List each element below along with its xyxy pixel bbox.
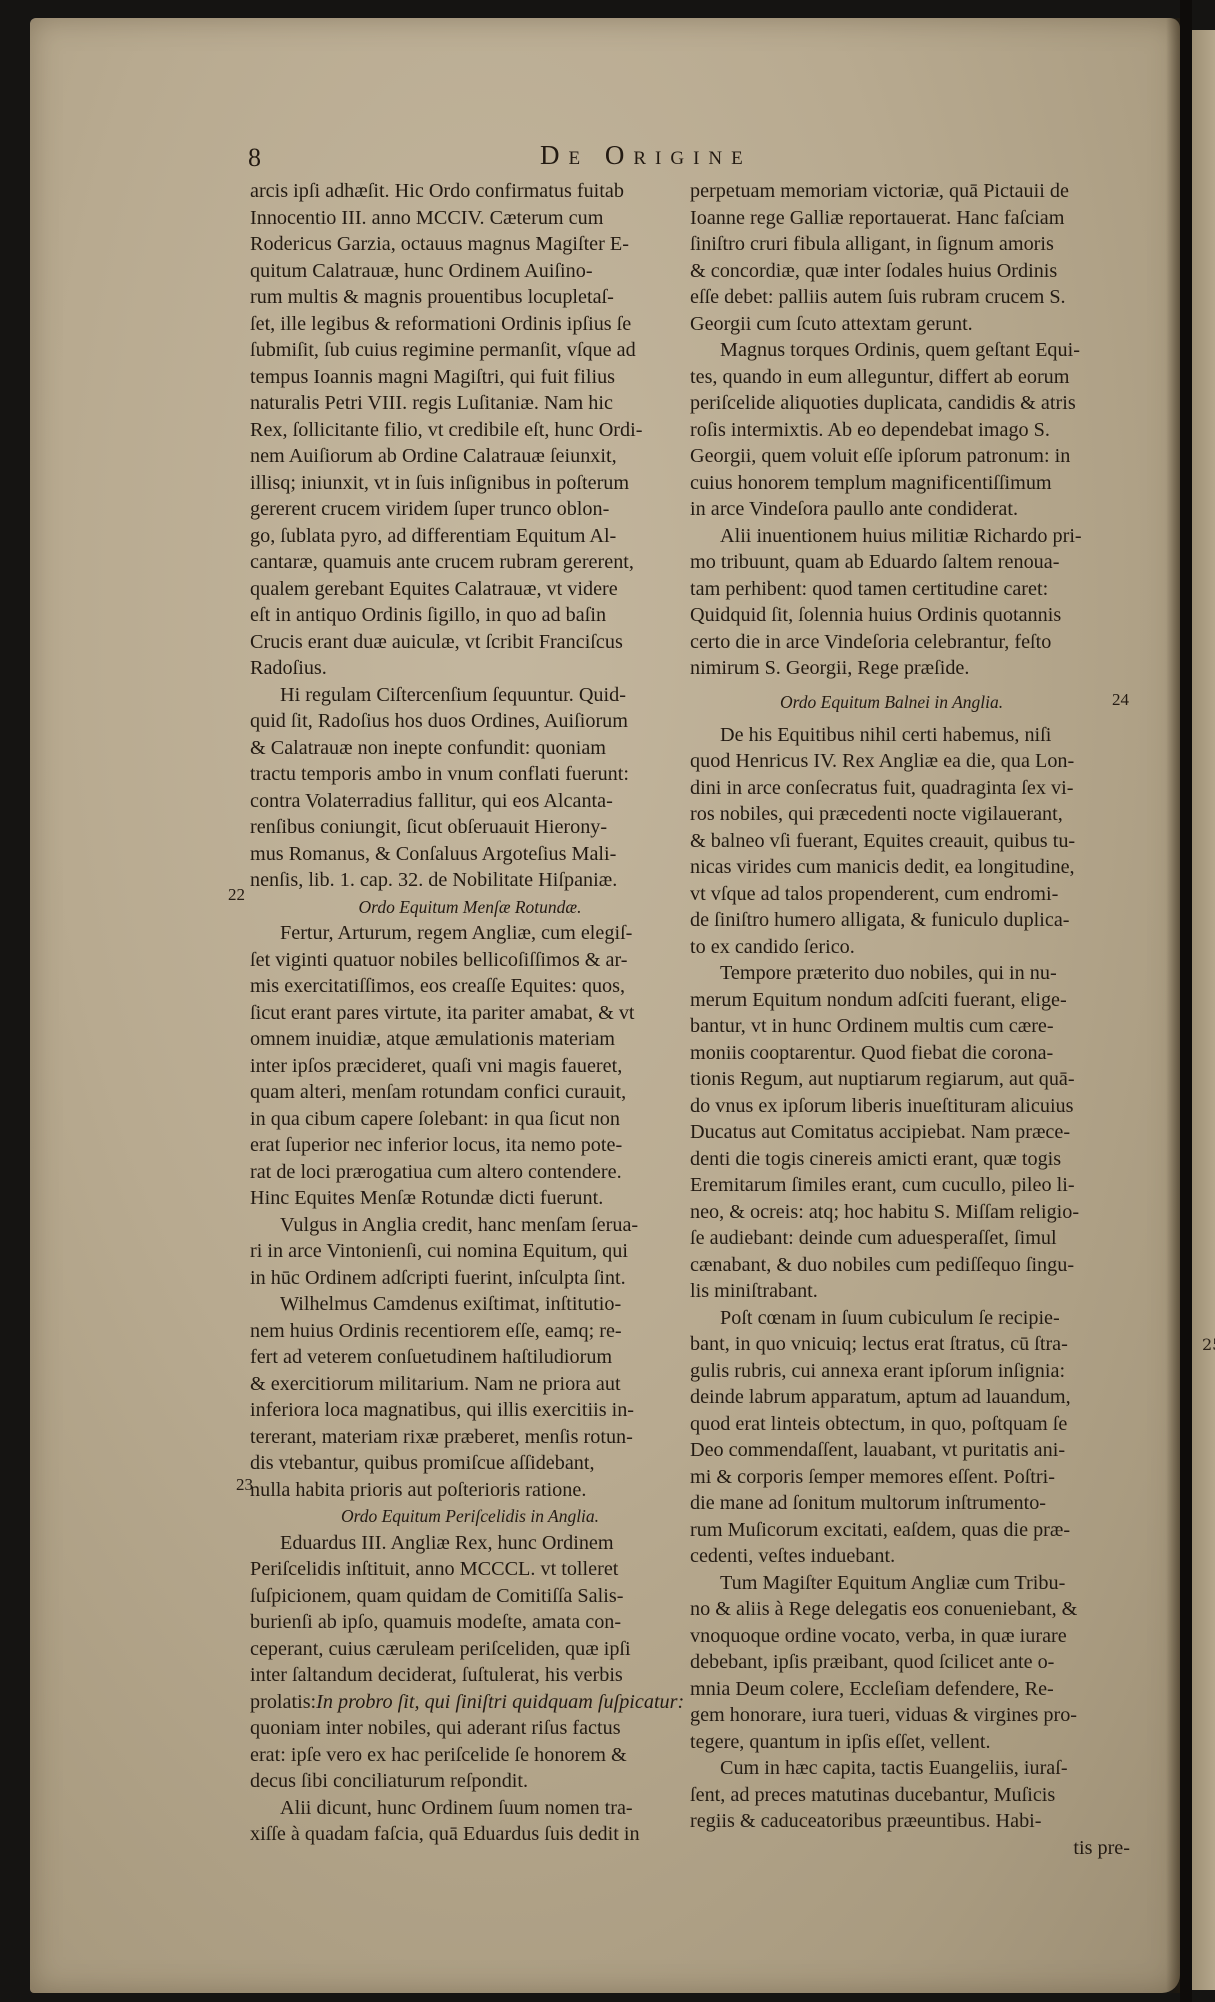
text-line: to ex candido ſerico.	[690, 934, 1140, 961]
text-line: Magnus torques Ordinis, quem geſtant Equ…	[690, 337, 1140, 364]
text-line: mnia Deum colere, Eccleſiam defendere, R…	[690, 1676, 1140, 1703]
text-line: tractu temporis ambo in vnum conflati fu…	[250, 761, 690, 788]
catchword: tis pre-	[690, 1835, 1140, 1862]
text-line: in hūc Ordinem adſcripti fuerint, inſcul…	[250, 1265, 690, 1292]
text-line: decus ſibi conciliaturum reſpondit.	[250, 1768, 690, 1795]
text-line: & concordiæ, quæ inter ſodales huius Ord…	[690, 258, 1140, 285]
text-line: nem huius Ordinis recentiorem eſſe, eamq…	[250, 1318, 690, 1345]
paragraph-fascia: Alii dicunt, hunc Ordinem ſuum nomen tra…	[250, 1795, 690, 1848]
paragraph-richard: Alii inuentionem huius militiæ Richardo …	[690, 523, 1140, 682]
text-line: rum Muſicorum excitati, eaſdem, quas die…	[690, 1517, 1140, 1544]
text-line: Quidquid ſit, ſolennia huius Ordinis quo…	[690, 602, 1140, 629]
text-line: naturalis Petri VIII. regis Luſitaniæ. N…	[250, 390, 690, 417]
text-line: Georgii, quem voluit eſſe ipſorum patron…	[690, 443, 1140, 470]
text-line: tes, quando in eum alleguntur, differt a…	[690, 364, 1140, 391]
book-gutter	[1180, 0, 1192, 2002]
text-line: ſet viginti quatuor nobiles bellicoſiſſi…	[250, 947, 690, 974]
text-line: nem Auiſiorum ab Ordine Calatrauæ ſeiunx…	[250, 443, 690, 470]
text-line: Rodericus Garzia, octauus magnus Magiſte…	[250, 231, 690, 258]
text-line: burienſi ab ipſo, quamuis modeſte, amata…	[250, 1609, 690, 1636]
text-line: debebant, ipſis præibant, quod ſcilicet …	[690, 1649, 1140, 1676]
text-line: Hinc Equites Menſæ Rotundæ dicti fuerunt…	[250, 1185, 690, 1212]
text-line: dis vtebantur, quibus promiſcue aſſideba…	[250, 1450, 690, 1477]
text-line: vt vſque ad talos propenderent, cum endr…	[690, 881, 1140, 908]
text-line: quitum Calatrauæ, hunc Ordinem Auiſino-	[250, 258, 690, 285]
text-line: mis exercitatiſſimos, eos creaſſe Equite…	[250, 973, 690, 1000]
text-line: do vnus ex ipſorum liberis inueſtituram …	[690, 1093, 1140, 1120]
text-line: periſcelide aliquoties duplicata, candid…	[690, 390, 1140, 417]
facing-page-edge	[1192, 30, 1215, 1990]
text-line: cuius honorem templum magnificentiſſimum	[690, 470, 1140, 497]
text-line: tererant, materiam rixæ præberet, menſis…	[250, 1424, 690, 1451]
running-head: De Origine	[540, 140, 752, 171]
text-line: omnem inuidiæ, atque æmulationis materia…	[250, 1026, 690, 1053]
text-line: & Calatrauæ non inepte confundit: quonia…	[250, 735, 690, 762]
paragraph-victory-memory: perpetuam memoriam victoriæ, quā Pictaui…	[690, 178, 1140, 337]
text-line: inferiora loca magnatibus, qui illis exe…	[250, 1397, 690, 1424]
text-line: mi & corporis ſemper memores eſſent. Poſ…	[690, 1464, 1140, 1491]
text-line: die mane ad ſonitum multorum inſtrumento…	[690, 1490, 1140, 1517]
text-line: ſicut erant pares virtute, ita pariter a…	[250, 1000, 690, 1027]
prolatis-text: prolatis:	[250, 1691, 316, 1713]
text-line: eſſe debet: palliis autem ſuis rubram cr…	[690, 284, 1140, 311]
text-line: Tum Magiſter Equitum Angliæ cum Tribu-	[690, 1570, 1140, 1597]
text-line: Poſt cœnam in ſuum cubiculum ſe recipie-	[690, 1305, 1140, 1332]
text-line: in arce Vindeſora paullo ante condiderat…	[690, 496, 1140, 523]
text-line: eſt in antiquo Ordinis ſigillo, in quo a…	[250, 602, 690, 629]
text-line: tam perhibent: quod tamen certitudine ca…	[690, 576, 1140, 603]
text-line: vnoquoque ordine vocato, verba, in quæ i…	[690, 1623, 1140, 1650]
text-line: Crucis erant duæ auiculæ, vt ſcribit Fra…	[250, 629, 690, 656]
text-line: gererent crucem viridem ſuper trunco obl…	[250, 496, 690, 523]
text-line: mo tribuunt, quam ab Eduardo ſaltem reno…	[690, 549, 1140, 576]
text-line: quod Henricus IV. Rex Angliæ ea die, qua…	[690, 748, 1140, 775]
text-line: inter ſaltandum deciderat, ſuſtulerat, h…	[250, 1662, 690, 1689]
margin-number-22: 22	[228, 885, 245, 905]
text-line: Vulgus in Anglia credit, hanc menſam ſer…	[250, 1212, 690, 1239]
text-line: Georgii cum ſcuto attextam gerunt.	[690, 311, 1140, 338]
text-line: illisq; iniunxit, vt in ſuis inſignibus …	[250, 470, 690, 497]
text-line: ros nobiles, qui præcedenti nocte vigila…	[690, 801, 1140, 828]
page-number: 8	[248, 145, 261, 172]
text-line: ſet, ille legibus & reformationi Ordinis…	[250, 311, 690, 338]
text-line: merum Equitum nondum adſciti fuerant, el…	[690, 987, 1140, 1014]
left-column: arcis ipſi adhæſit. Hic Ordo confirmatus…	[250, 178, 690, 1848]
text-line: qualem gerebant Equites Calatrauæ, vt vi…	[250, 576, 690, 603]
text-line: mus Romanus, & Conſaluus Argoteſius Mali…	[250, 841, 690, 868]
paragraph-cistercian-rule: Hi regulam Ciſtercenſium ſequuntur. Quid…	[250, 682, 690, 894]
text-line: quid ſit, Radoſius hos duos Ordines, Aui…	[250, 708, 690, 735]
text-line: Innocentio III. anno MCCIV. Cæterum cum	[250, 205, 690, 232]
text-line: nicas virides cum manicis dedit, ea long…	[690, 854, 1140, 881]
paragraph-oath: Tum Magiſter Equitum Angliæ cum Tribu- n…	[690, 1570, 1140, 1756]
facing-page-margin-number: 25	[1202, 1335, 1215, 1354]
text-line: ſuſpicionem, quam quidam de Comitiſſa Sa…	[250, 1583, 690, 1610]
text-line: renſibus coniungit, ſicut obſeruauit Hie…	[250, 814, 690, 841]
section-heading-bath: Ordo Equitum Balnei in Anglia.	[690, 682, 1140, 722]
text-line: ſubmiſit, ſub cuius regimine permanſit, …	[250, 337, 690, 364]
text-line: tegere, quantum in ipſis eſſet, vellent.	[690, 1729, 1140, 1756]
text-line: Fertur, Arturum, regem Angliæ, cum elegi…	[250, 920, 690, 947]
text-line: De his Equitibus nihil certi habemus, ni…	[690, 722, 1140, 749]
text-line: bantur, vt in hunc Ordinem multis cum cæ…	[690, 1013, 1140, 1040]
text-line: erat ſuperior nec inferior locus, ita ne…	[250, 1132, 690, 1159]
paragraph-bathing: Poſt cœnam in ſuum cubiculum ſe recipie-…	[690, 1305, 1140, 1570]
text-line: arcis ipſi adhæſit. Hic Ordo confirmatus…	[250, 178, 690, 205]
paragraph-edward-iii: Eduardus III. Angliæ Rex, hunc Ordinem P…	[250, 1530, 690, 1795]
paragraph-ordo-avis: arcis ipſi adhæſit. Hic Ordo confirmatus…	[250, 178, 690, 682]
text-line: Alii inuentionem huius militiæ Richardo …	[690, 523, 1140, 550]
text-line: ſiniſtro cruri fibula alligant, in ſignu…	[690, 231, 1140, 258]
text-line: denti die togis cinereis amicti erant, q…	[690, 1146, 1140, 1173]
text-line: ri in arce Vintonienſi, cui nomina Equit…	[250, 1238, 690, 1265]
text-line: moniis cooptarentur. Quod fiebat die cor…	[690, 1040, 1140, 1067]
text-line: bant, in quo vnicuiq; lectus erat ſtratu…	[690, 1331, 1140, 1358]
text-line: Hi regulam Ciſtercenſium ſequuntur. Quid…	[250, 682, 690, 709]
text-line: nenſis, lib. 1. cap. 32. de Nobilitate H…	[250, 867, 690, 894]
paragraph-collar: Magnus torques Ordinis, quem geſtant Equ…	[690, 337, 1140, 523]
text-line: neo, & ocreis: atq; hoc habitu S. Miſſam…	[690, 1199, 1140, 1226]
text-line: cedenti, veſtes induebant.	[690, 1543, 1140, 1570]
garter-motto: In probro ſit, qui ſiniſtri quidquam ſuſ…	[316, 1691, 684, 1713]
paragraph-arthur: Fertur, Arturum, regem Angliæ, cum elegi…	[250, 920, 690, 1212]
text-line: regiis & caduceatoribus præeuntibus. Hab…	[690, 1808, 1140, 1835]
text-line: in qua cibum capere ſolebant: in qua ſic…	[250, 1106, 690, 1133]
text-line: gem honorare, iura tueri, viduas & virgi…	[690, 1702, 1140, 1729]
text-line: de ſiniſtro humero alligata, & funiculo …	[690, 907, 1140, 934]
text-line: quod erat linteis obtectum, in quo, poſt…	[690, 1411, 1140, 1438]
text-line: Wilhelmus Camdenus exiſtimat, inſtitutio…	[250, 1291, 690, 1318]
text-line: Eduardus III. Angliæ Rex, hunc Ordinem	[250, 1530, 690, 1557]
text-line: Tempore præterito duo nobiles, qui in nu…	[690, 960, 1140, 987]
text-line: Ioanne rege Galliæ reportauerat. Hanc fa…	[690, 205, 1140, 232]
text-line: quam alteri, menſam rotundam confici cur…	[250, 1079, 690, 1106]
text-line: & exercitiorum militarium. Nam ne priora…	[250, 1371, 690, 1398]
text-line: contra Volaterradius fallitur, qui eos A…	[250, 788, 690, 815]
paragraph-matins: Cum in hæc capita, tactis Euangeliis, iu…	[690, 1755, 1140, 1861]
text-line: rum multis & magnis prouentibus locuplet…	[250, 284, 690, 311]
text-line: Radoſius.	[250, 655, 690, 682]
right-column: perpetuam memoriam victoriæ, quā Pictaui…	[690, 178, 1140, 1861]
text-line: inter ipſos præcideret, quaſi vni magis …	[250, 1053, 690, 1080]
text-line: roſis intermixtis. Ab eo dependebat imag…	[690, 417, 1140, 444]
text-line: nimirum S. Georgii, Rege præſide.	[690, 655, 1140, 682]
text-line: Alii dicunt, hunc Ordinem ſuum nomen tra…	[250, 1795, 690, 1822]
text-line: cænabant, & duo nobiles cum pediſſequo ſ…	[690, 1252, 1140, 1279]
text-line: Cum in hæc capita, tactis Euangeliis, iu…	[690, 1755, 1140, 1782]
section-heading-garter: Ordo Equitum Periſcelidis in Anglia.	[250, 1503, 690, 1530]
text-line: ſe audiebant: deinde cum aduesperaſſet, …	[690, 1225, 1140, 1252]
text-line: erat: ipſe vero ex hac periſcelide ſe ho…	[250, 1742, 690, 1769]
text-line: certo die in arce Vindeſoria celebrantur…	[690, 629, 1140, 656]
text-line: Rex, ſollicitante filio, vt credibile eſ…	[250, 417, 690, 444]
text-line: Deo commendaſſent, lauabant, vt puritati…	[690, 1437, 1140, 1464]
text-line: fert ad veterem conſuetudinem haſtiludio…	[250, 1344, 690, 1371]
text-line: go, ſublata pyro, ad differentiam Equitu…	[250, 523, 690, 550]
text-line: dini in arce conſecratus fuit, quadragin…	[690, 775, 1140, 802]
text-line: rat de loci prærogatiua cum altero conte…	[250, 1159, 690, 1186]
text-line: lis miniſtrabant.	[690, 1278, 1140, 1305]
paragraph-camden: Wilhelmus Camdenus exiſtimat, inſtitutio…	[250, 1291, 690, 1503]
paragraph-henry-iv: De his Equitibus nihil certi habemus, ni…	[690, 722, 1140, 961]
text-line: perpetuam memoriam victoriæ, quā Pictaui…	[690, 178, 1140, 205]
text-line: deinde labrum apparatum, aptum ad lauand…	[690, 1384, 1140, 1411]
text-line-with-motto: prolatis:In probro ſit, qui ſiniſtri qui…	[250, 1689, 690, 1716]
text-line: tempus Ioannis magni Magiſtri, qui fuit …	[250, 364, 690, 391]
text-line: xiſſe à quadam faſcia, quā Eduardus ſuis…	[250, 1821, 690, 1848]
text-line: no & aliis à Rege delegatis eos conuenie…	[690, 1596, 1140, 1623]
text-line: tionis Regum, aut nuptiarum regiarum, au…	[690, 1066, 1140, 1093]
text-line: & balneo vſi fuerant, Equites creauit, q…	[690, 828, 1140, 855]
text-line: ſent, ad preces matutinas ducebantur, Mu…	[690, 1782, 1140, 1809]
text-line: gulis rubris, cui annexa erant ipſorum i…	[690, 1358, 1140, 1385]
text-line: nulla habita prioris aut poſterioris rat…	[250, 1477, 690, 1504]
section-heading-round-table: Ordo Equitum Menſæ Rotundæ.	[250, 894, 690, 921]
paragraph-winchester: Vulgus in Anglia credit, hanc menſam ſer…	[250, 1212, 690, 1292]
text-line: Ducatus aut Comitatus accipiebat. Nam pr…	[690, 1119, 1140, 1146]
text-line: Periſcelidis inſtituit, anno MCCCL. vt t…	[250, 1556, 690, 1583]
text-line: ceperant, cuius cæruleam periſceliden, q…	[250, 1636, 690, 1663]
text-line: quoniam inter nobiles, qui aderant riſus…	[250, 1715, 690, 1742]
paragraph-ceremonies: Tempore præterito duo nobiles, qui in nu…	[690, 960, 1140, 1305]
text-line: Eremitarum ſimiles erant, cum cucullo, p…	[690, 1172, 1140, 1199]
text-line: cantaræ, quamuis ante crucem rubram gere…	[250, 549, 690, 576]
